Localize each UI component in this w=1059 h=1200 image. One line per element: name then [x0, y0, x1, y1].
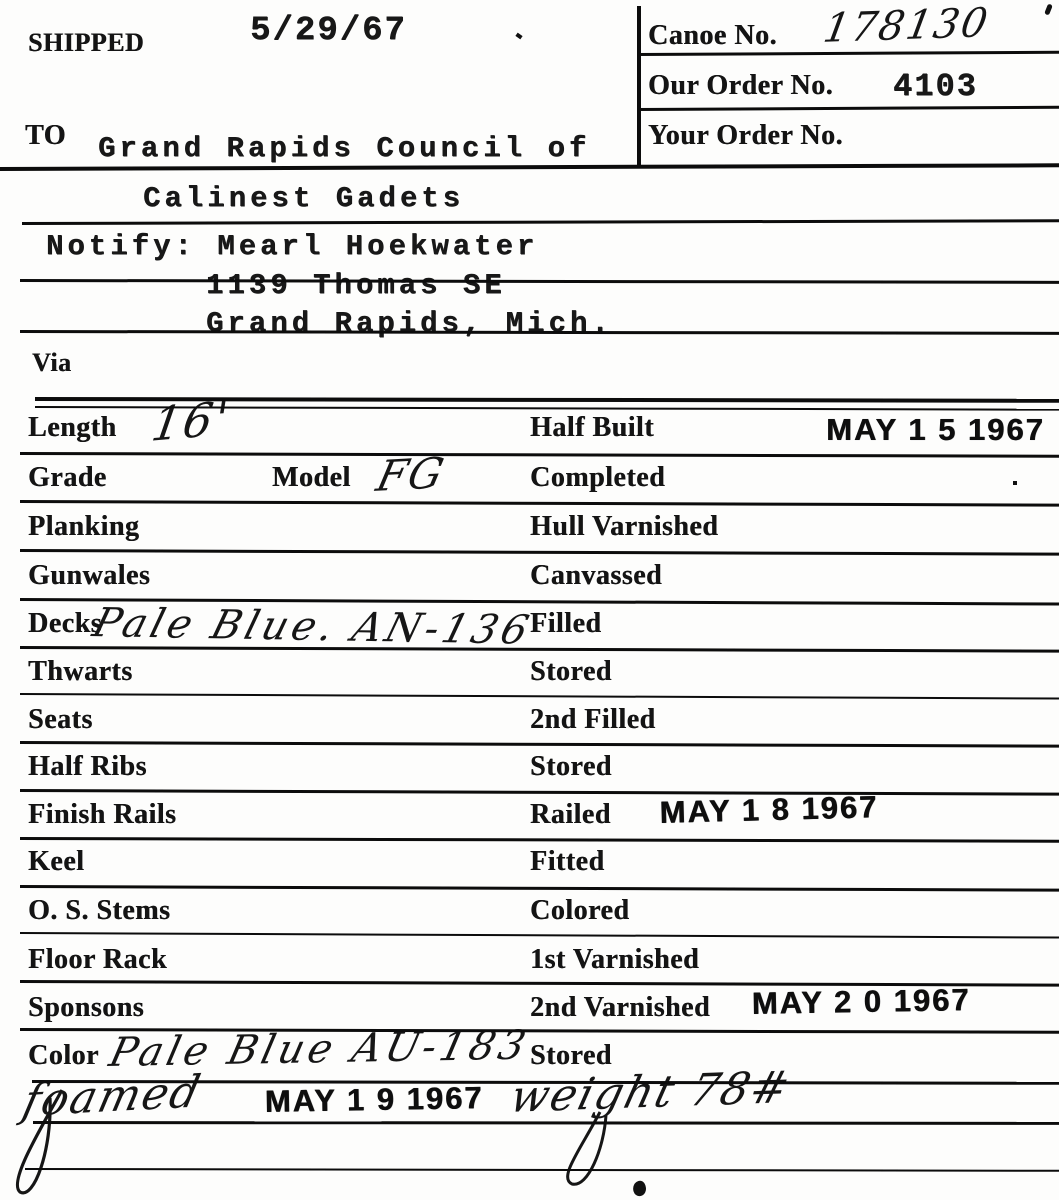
row-status-label: 2nd Filled	[530, 704, 656, 736]
rule-line	[20, 885, 1059, 892]
row-status-label: Stored	[530, 656, 612, 688]
rule-line	[638, 106, 1059, 111]
row-label: Planking	[28, 511, 139, 543]
rule-line	[20, 549, 1059, 556]
model-label: Model	[272, 462, 351, 494]
row-label: Thwarts	[28, 656, 133, 688]
date-stamp: MAY 1 9 1967	[264, 1080, 483, 1120]
row-status-label: Fitted	[530, 846, 605, 878]
row-status-label: Half Built	[530, 412, 654, 444]
ink-speck	[515, 33, 522, 40]
rule-line	[25, 1168, 1059, 1172]
row-status-label: Canvassed	[530, 560, 662, 592]
rule-line	[20, 789, 1059, 796]
row-label: Finish Rails	[28, 799, 176, 831]
rule-line	[20, 837, 1059, 843]
rule-line	[20, 452, 1059, 458]
row-status-label: 2nd Varnished	[530, 992, 710, 1024]
row-label: Half Ribs	[28, 751, 147, 783]
rule-line	[20, 693, 1059, 700]
rule-line	[20, 932, 1059, 939]
row-label: Sponsons	[28, 992, 144, 1024]
order-box-divider-line	[637, 6, 641, 167]
canoe-no-value: 178130	[820, 0, 993, 52]
shipped-label: SHIPPED	[28, 28, 144, 58]
notify-line1: Notify: Mearl Hoekwater	[46, 230, 538, 263]
shipped-date-value: 5/29/67	[250, 12, 407, 50]
consignee-line2: Calinest Gadets	[143, 182, 464, 215]
via-label: Via	[32, 348, 72, 378]
bottom-weight-note: weight 78#	[505, 1062, 796, 1123]
row-label: O. S. Stems	[28, 895, 170, 927]
rule-line	[33, 1121, 1059, 1125]
row-label: Keel	[28, 846, 84, 878]
bottom-handwritten-word: foamed	[18, 1066, 207, 1127]
row-label: Seats	[28, 704, 93, 736]
to-label: TO	[25, 120, 66, 152]
notify-line2: 1139 Thomas SE	[206, 269, 506, 302]
row-label: Gunwales	[28, 560, 150, 592]
rule-line	[20, 500, 1059, 507]
date-stamp: MAY 2 0 1967	[751, 982, 970, 1022]
ink-blot	[631, 1180, 647, 1198]
ink-speck	[1044, 3, 1053, 15]
your-order-no-label: Your Order No.	[648, 120, 843, 152]
rule-line	[20, 646, 1059, 653]
canoe-no-label: Canoe No.	[648, 20, 777, 52]
date-stamp: MAY 1 5 1967	[826, 412, 1045, 448]
row-status-label: Filled	[530, 608, 601, 640]
rule-line	[20, 279, 1059, 284]
rule-line	[22, 219, 1059, 225]
date-stamp: MAY 1 8 1967	[659, 789, 879, 831]
row-status-label: Hull Varnished	[530, 511, 718, 543]
row-status-label: 1st Varnished	[530, 944, 699, 976]
row-label: Floor Rack	[28, 944, 167, 976]
rule-line	[20, 741, 1059, 748]
row-label: Length	[28, 412, 117, 444]
consignee-line1: Grand Rapids Council of	[98, 132, 590, 165]
row-label: Color	[28, 1040, 99, 1072]
row-status-label: Completed	[530, 462, 665, 494]
notify-line3: Grand Rapids, Mich.	[206, 307, 613, 340]
row-status-label: Railed	[530, 799, 611, 831]
row-label: Grade	[28, 462, 107, 494]
row-status-label: Colored	[530, 895, 629, 927]
row-status-label: Stored	[530, 751, 612, 783]
ink-speck	[1013, 481, 1017, 485]
shipping-record-card: SHIPPED 5/29/67 Canoe No. 178130 Our Ord…	[0, 0, 1059, 1200]
our-order-no-value: 4103	[893, 68, 978, 105]
rule-line	[20, 980, 1059, 987]
our-order-no-label: Our Order No.	[648, 70, 833, 102]
row-status-label: Stored	[530, 1040, 612, 1072]
